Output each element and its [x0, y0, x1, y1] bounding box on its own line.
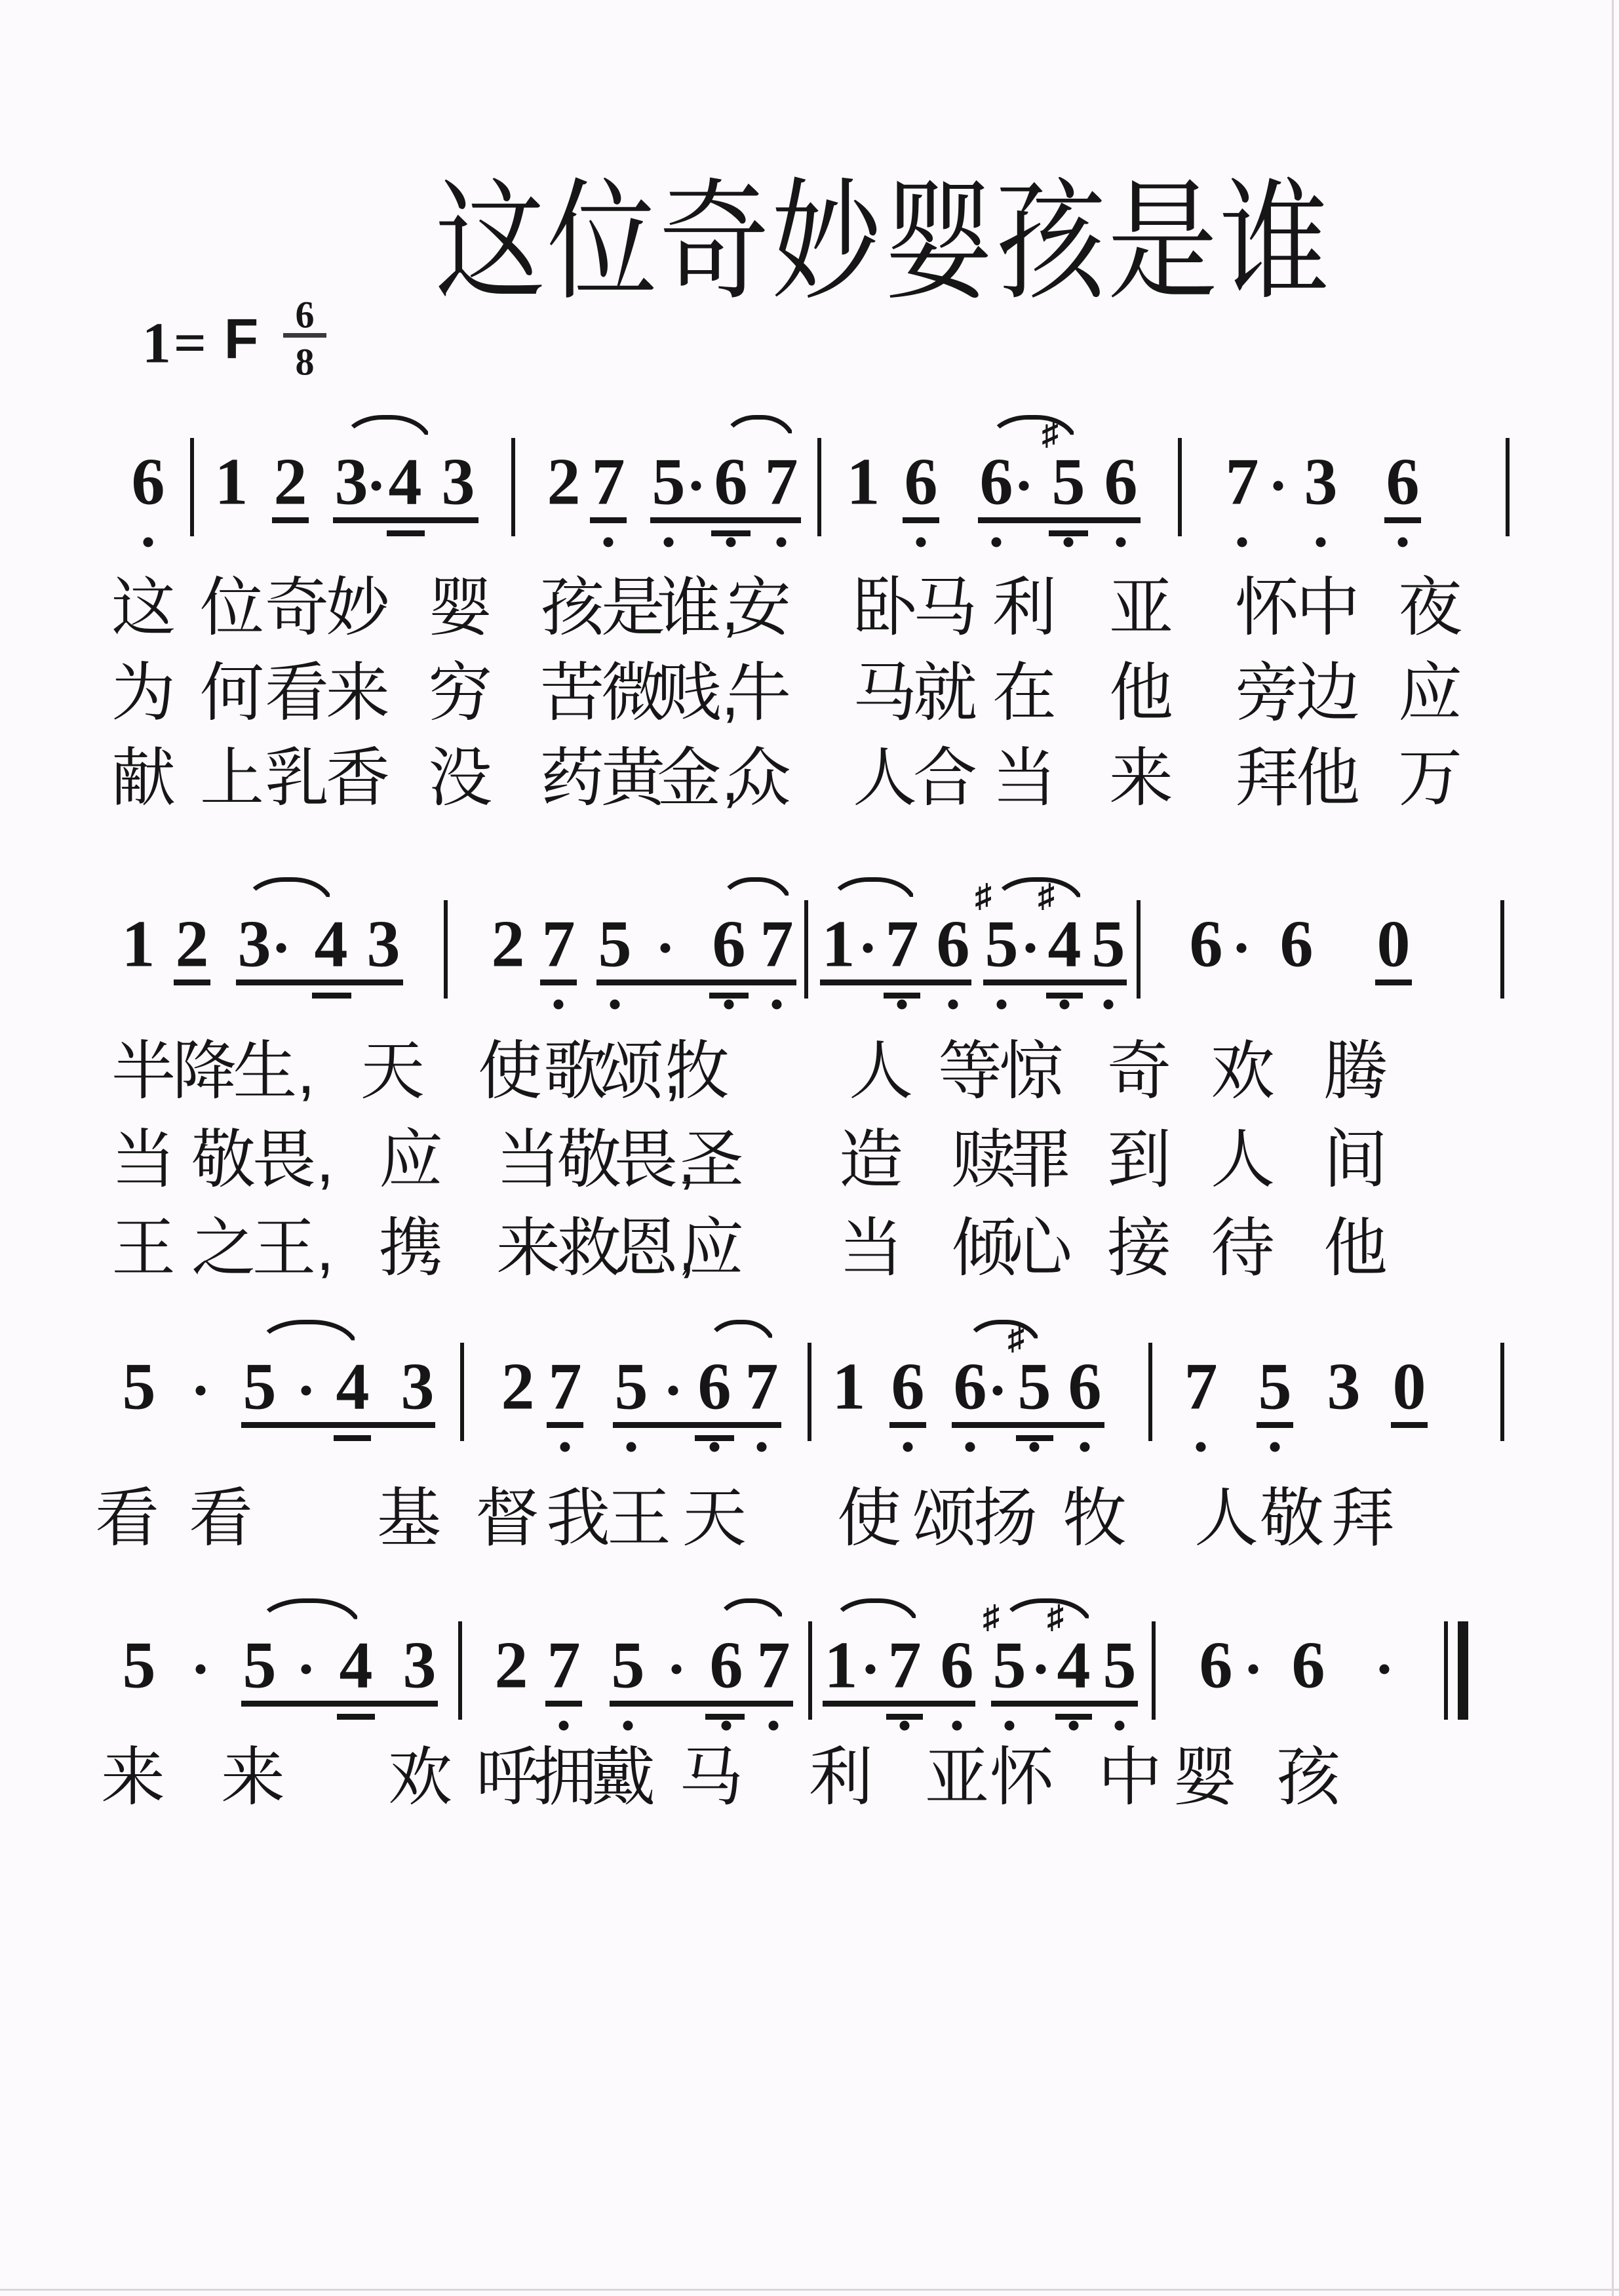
- lyric-syllable: 人: [849, 1039, 913, 1103]
- slur-arc: [721, 415, 796, 445]
- slur-arc: [243, 877, 334, 907]
- lyric-syllable: 生,: [233, 1039, 315, 1103]
- lyric-syllable: 天: [361, 1039, 425, 1103]
- lyric-syllable: 拥: [533, 1745, 597, 1809]
- duration-dot: [661, 943, 671, 953]
- note: 1: [215, 444, 248, 521]
- beam-line: [1375, 980, 1412, 985]
- lyric-syllable: 马: [913, 575, 977, 639]
- lyric-syllable: 拜: [1331, 1486, 1395, 1550]
- lyric-syllable: 当: [992, 745, 1057, 810]
- system-2-barline: [444, 900, 448, 999]
- slur-arc: [999, 1598, 1093, 1629]
- octave-low-dot: [1030, 1442, 1040, 1452]
- beam-line: [387, 530, 425, 536]
- lyric-syllable: 来: [101, 1745, 165, 1809]
- lyric-syllable: 使: [837, 1486, 901, 1550]
- duration-dot: [1380, 1665, 1390, 1674]
- lyric-syllable: 牛: [727, 660, 791, 724]
- note: 4: [1048, 906, 1082, 983]
- lyric-syllable: 欢: [388, 1745, 452, 1809]
- octave-low-dot: [722, 1721, 731, 1731]
- lyric-syllable: 腾: [1323, 1039, 1388, 1103]
- note: 7: [760, 906, 794, 983]
- sheet-music-page: 这位奇妙婴孩是谁 1= F 6 8 612343275671665♯6736这位…: [0, 0, 1619, 2296]
- note: 5: [993, 1627, 1026, 1704]
- note: 7: [1226, 444, 1259, 521]
- octave-low-dot: [559, 1721, 569, 1731]
- beam-line: [884, 993, 920, 999]
- slur-arc: [986, 415, 1078, 445]
- lyric-syllable: 奇: [1107, 1039, 1171, 1103]
- octave-low-dot: [726, 538, 736, 547]
- lyric-syllable: 怀: [990, 1745, 1054, 1809]
- beam-line: [705, 1714, 745, 1720]
- title-character: 位: [547, 172, 642, 313]
- octave-low-dot: [903, 1442, 913, 1452]
- note: 6: [1200, 1627, 1233, 1704]
- lyric-syllable: 药: [540, 745, 604, 810]
- beam-line: [613, 1422, 781, 1428]
- beam-line: [596, 980, 796, 985]
- beam-line: [978, 517, 1141, 523]
- note: 2: [501, 1349, 535, 1425]
- octave-low-dot: [948, 1000, 958, 1010]
- octave-low-dot: [604, 538, 614, 547]
- sharp-icon: ♯: [983, 1598, 1000, 1636]
- octave-low-dot: [560, 1442, 570, 1452]
- octave-low-dot: [777, 538, 787, 547]
- beam-line: [889, 1422, 926, 1428]
- lyric-syllable: 婴: [428, 575, 492, 639]
- lyric-syllable: 天: [682, 1486, 747, 1550]
- note: 3: [335, 444, 368, 521]
- lyric-syllable: 利: [809, 1745, 873, 1809]
- note: 1: [847, 444, 880, 521]
- slur-arc: [341, 415, 433, 445]
- octave-low-dot: [610, 1000, 620, 1010]
- octave-low-dot: [623, 1721, 633, 1731]
- lyric-syllable: 是: [601, 575, 665, 639]
- beam-line: [711, 530, 751, 536]
- lyric-syllable: 他: [1109, 660, 1173, 724]
- beam-line: [590, 517, 627, 523]
- duration-dot: [692, 481, 701, 491]
- lyric-syllable: 黄: [601, 745, 665, 810]
- note: 5: [123, 1627, 156, 1704]
- lyric-syllable: 降: [172, 1039, 237, 1103]
- lyric-syllable: 马: [679, 1745, 743, 1809]
- lyric-syllable: 来: [496, 1216, 560, 1280]
- lyric-syllable: 乳: [265, 745, 329, 810]
- lyric-syllable: 牧: [1063, 1486, 1127, 1550]
- note: 6: [941, 1627, 974, 1704]
- note: 5: [243, 1349, 277, 1425]
- beam-line: [820, 980, 971, 985]
- beam-line: [241, 1422, 435, 1428]
- system-1-barline: [817, 438, 821, 536]
- system-4-barline: [458, 1621, 462, 1720]
- duration-dot: [1026, 943, 1036, 953]
- note: 5: [1018, 1349, 1051, 1425]
- lyric-syllable: 众: [727, 745, 791, 810]
- note: 6: [1104, 444, 1138, 521]
- lyric-syllable: 应: [1398, 660, 1462, 724]
- octave-low-dot: [1069, 1721, 1079, 1731]
- beam-line: [650, 517, 801, 523]
- note: 4: [340, 1627, 373, 1704]
- duration-dot: [302, 1386, 311, 1396]
- lyric-syllable: 位: [200, 575, 264, 639]
- octave-low-dot: [1196, 1442, 1206, 1452]
- note: 7: [547, 1627, 581, 1704]
- lyric-syllable: 来: [1109, 745, 1173, 810]
- octave-low-dot: [1316, 538, 1326, 547]
- lyric-syllable: 扬: [973, 1486, 1038, 1550]
- lyric-syllable: 督: [475, 1486, 539, 1550]
- lyric-syllable: 为: [111, 660, 176, 724]
- lyric-syllable: 妙: [326, 575, 390, 639]
- lyric-syllable: 这: [111, 575, 176, 639]
- octave-low-dot: [772, 1000, 782, 1010]
- duration-dot: [993, 1386, 1003, 1396]
- note: 6: [1386, 444, 1420, 521]
- octave-low-dot: [757, 1442, 767, 1452]
- note: 7: [765, 444, 798, 521]
- system-1-barline: [511, 438, 515, 536]
- lyric-syllable: 他: [1323, 1216, 1388, 1280]
- lyric-syllable: 就: [913, 660, 977, 724]
- note: 6: [954, 1349, 987, 1425]
- title-character: 这: [435, 172, 530, 313]
- slur-arc: [718, 877, 793, 907]
- note: 5: [123, 1349, 156, 1425]
- lyric-syllable: 看: [265, 660, 329, 724]
- lyric-syllable: 他: [1296, 745, 1360, 810]
- lyric-syllable: 当: [111, 1127, 176, 1191]
- note: 7: [888, 1627, 922, 1704]
- beam-line: [1049, 530, 1088, 536]
- note: 2: [495, 1627, 528, 1704]
- meter-fraction-bar: [283, 333, 326, 338]
- beam-line: [545, 1701, 582, 1707]
- page-bottom-edge: [0, 2289, 1619, 2291]
- lyric-syllable: 间: [1323, 1127, 1388, 1191]
- octave-low-dot: [1115, 1721, 1125, 1731]
- lyric-syllable: 欢: [1211, 1039, 1275, 1103]
- meter-denominator: 8: [296, 340, 315, 384]
- system-4-barline: [808, 1621, 812, 1720]
- note: 7: [549, 1349, 582, 1425]
- beam-line: [991, 1701, 1138, 1707]
- note: 6: [1280, 906, 1314, 983]
- beam-line: [823, 1701, 975, 1707]
- lyric-syllable: 万: [1398, 745, 1462, 810]
- lyric-syllable: 人: [1211, 1127, 1275, 1191]
- title-character: 妙: [771, 172, 866, 313]
- note: 3: [367, 906, 400, 983]
- lyric-syllable: 半: [111, 1039, 176, 1103]
- lyric-syllable: 牧: [665, 1039, 730, 1103]
- lyric-syllable: 歌: [543, 1039, 608, 1103]
- lyric-syllable: 使: [478, 1039, 542, 1103]
- lyric-syllable: 王: [607, 1486, 671, 1550]
- lyric-syllable: 香: [326, 745, 390, 810]
- note: 5: [612, 1627, 645, 1704]
- lyric-syllable: 戴: [591, 1745, 655, 1809]
- octave-low-dot: [966, 1442, 975, 1452]
- note: 6: [1292, 1627, 1325, 1704]
- beam-line: [952, 1422, 1104, 1428]
- beam-line: [1055, 1714, 1092, 1720]
- lyric-syllable: 在: [992, 660, 1057, 724]
- lyric-syllable: 到: [1107, 1127, 1171, 1191]
- octave-low-dot: [1270, 1442, 1280, 1452]
- note: 1: [832, 1349, 866, 1425]
- title-character: 孩: [996, 172, 1090, 313]
- note: 6: [132, 444, 165, 521]
- note: 3: [1327, 1349, 1361, 1425]
- note: 4: [389, 444, 422, 521]
- system-3-barline: [808, 1343, 811, 1441]
- lyric-syllable: 当: [496, 1127, 560, 1191]
- octave-low-dot: [1005, 1721, 1015, 1731]
- beam-line: [547, 1422, 583, 1428]
- lyric-syllable: 应: [680, 1216, 744, 1280]
- slur-arc: [705, 1320, 777, 1350]
- lyric-syllable: 人: [1194, 1486, 1258, 1550]
- lyric-syllable: 应: [379, 1127, 443, 1191]
- octave-low-dot: [1064, 538, 1074, 547]
- lyric-syllable: 来: [221, 1745, 285, 1809]
- lyric-syllable: 等: [938, 1039, 1002, 1103]
- octave-low-dot: [724, 1000, 734, 1010]
- note: 2: [274, 444, 307, 521]
- beam-line: [1046, 993, 1083, 999]
- note: 6: [1190, 906, 1223, 983]
- note: 3: [442, 444, 475, 521]
- final-barline-thin: [1444, 1621, 1448, 1720]
- lyric-syllable: 颂: [912, 1486, 977, 1550]
- beam-line: [1384, 517, 1421, 523]
- lyric-syllable: 敬: [1260, 1486, 1324, 1550]
- note: 7: [592, 444, 625, 521]
- duration-dot: [372, 481, 381, 491]
- lyric-syllable: 来: [326, 660, 390, 724]
- lyric-syllable: 上: [200, 745, 264, 810]
- beam-line: [333, 517, 478, 523]
- note: 3: [238, 906, 271, 983]
- slur-arc: [256, 1598, 362, 1629]
- beam-line: [886, 1714, 923, 1720]
- duration-dot: [863, 943, 873, 953]
- rest: 0: [1393, 1349, 1426, 1425]
- lyric-syllable: 安: [727, 575, 791, 639]
- beam-line: [236, 980, 403, 985]
- lyric-syllable: 穷: [428, 660, 492, 724]
- lyric-syllable: 呼: [476, 1745, 540, 1809]
- octave-low-dot: [952, 1721, 962, 1731]
- lyric-syllable: 马: [853, 660, 917, 724]
- duration-dot: [196, 1386, 206, 1396]
- slur-arc: [830, 1598, 920, 1629]
- beam-line: [709, 993, 749, 999]
- lyric-syllable: 拜: [1235, 745, 1299, 810]
- octave-low-dot: [627, 1442, 636, 1452]
- system-4-barline: [1152, 1621, 1156, 1720]
- lyric-syllable: 怀: [1235, 575, 1299, 639]
- octave-low-dot: [1060, 1000, 1070, 1010]
- lyric-syllable: 敬: [191, 1127, 256, 1191]
- lyric-syllable: 卧: [853, 575, 917, 639]
- lyric-syllable: 合: [913, 745, 977, 810]
- duration-dot: [669, 1386, 678, 1396]
- note: 6: [710, 1627, 743, 1704]
- song-title: 这位奇妙婴孩是谁: [426, 172, 1323, 313]
- duration-dot: [196, 1665, 206, 1674]
- lyric-syllable: 奇: [265, 575, 329, 639]
- note: 6: [905, 444, 938, 521]
- beam-line: [337, 1714, 375, 1720]
- system-2-barline: [804, 900, 808, 999]
- lyric-syllable: 惊: [999, 1039, 1063, 1103]
- octave-low-dot: [1238, 538, 1247, 547]
- octave-low-dot: [1104, 1000, 1114, 1010]
- slur-arc: [256, 1320, 359, 1350]
- lyric-syllable: 献: [111, 745, 176, 810]
- key-tonic-label: 1=: [142, 311, 209, 377]
- note: 6: [937, 906, 970, 983]
- octave-low-dot: [997, 1000, 1007, 1010]
- note: 1: [825, 1627, 858, 1704]
- duration-dot: [672, 1665, 682, 1674]
- note: 5: [243, 1627, 277, 1704]
- lyric-syllable: 畏,: [252, 1127, 334, 1191]
- note: 5: [985, 906, 1019, 983]
- lyric-syllable: 我: [546, 1486, 610, 1550]
- note: 6: [714, 444, 748, 521]
- note: 4: [336, 1349, 370, 1425]
- duration-dot: [1036, 1665, 1046, 1674]
- title-character: 是: [1108, 172, 1202, 313]
- note: 7: [542, 906, 575, 983]
- title-character: 婴: [884, 172, 978, 313]
- duration-dot: [302, 1665, 311, 1674]
- note: 5: [1092, 906, 1125, 983]
- title-character: 谁: [1220, 172, 1314, 313]
- system-3-barline: [460, 1343, 464, 1441]
- duration-dot: [1019, 481, 1029, 491]
- note: 5: [652, 444, 686, 521]
- system-1-barline: [1178, 438, 1182, 536]
- beam-line: [312, 993, 351, 999]
- slur-arc: [964, 1320, 1042, 1350]
- lyric-syllable: 没: [428, 745, 492, 810]
- octave-low-dot: [1116, 538, 1126, 547]
- lyric-syllable: 当: [839, 1216, 903, 1280]
- system-3-barline: [1148, 1343, 1152, 1441]
- octave-low-dot: [1398, 538, 1408, 547]
- lyric-syllable: 孩: [1276, 1745, 1340, 1809]
- lyric-syllable: 基: [377, 1486, 441, 1550]
- beam-line: [334, 1435, 371, 1441]
- system-1-barline: [190, 438, 194, 536]
- note: 6: [891, 1349, 925, 1425]
- beam-line: [610, 1701, 793, 1707]
- lyric-syllable: 利: [992, 575, 1057, 639]
- beam-line: [1257, 1422, 1293, 1428]
- note: 6: [980, 444, 1013, 521]
- beam-line: [174, 980, 210, 985]
- key-tonic-note: F: [224, 307, 259, 372]
- lyric-syllable: 接: [1107, 1216, 1171, 1280]
- note: 6: [698, 1349, 731, 1425]
- lyric-syllable: 亚: [1109, 575, 1173, 639]
- lyric-syllable: 心: [1008, 1216, 1072, 1280]
- lyric-syllable: 待: [1211, 1216, 1275, 1280]
- duration-dot: [1249, 1665, 1258, 1674]
- lyric-syllable: 旁: [1235, 660, 1299, 724]
- beam-line: [695, 1435, 734, 1441]
- octave-low-dot: [554, 1000, 564, 1010]
- lyric-syllable: 婴: [1173, 1745, 1237, 1809]
- octave-low-dot: [897, 1000, 907, 1010]
- note: 2: [547, 444, 581, 521]
- duration-dot: [1274, 481, 1283, 491]
- lyric-syllable: 何: [200, 660, 264, 724]
- beam-line: [272, 517, 309, 523]
- octave-low-dot: [900, 1721, 910, 1731]
- lyric-syllable: 人: [853, 745, 917, 810]
- beam-line: [241, 1701, 438, 1707]
- lyric-syllable: 敬: [557, 1127, 621, 1191]
- octave-low-dot: [992, 538, 1002, 547]
- note: 4: [1057, 1627, 1091, 1704]
- system-3-barline: [1500, 1343, 1504, 1441]
- note: 3: [403, 1627, 437, 1704]
- slur-arc: [991, 877, 1085, 907]
- title-character: 奇: [659, 172, 754, 313]
- note: 5: [1052, 444, 1085, 521]
- octave-low-dot: [916, 538, 926, 547]
- beam-line: [1016, 1435, 1053, 1441]
- lyric-syllable: 苦: [540, 660, 604, 724]
- note: 7: [886, 906, 919, 983]
- lyric-syllable: 中: [1296, 575, 1360, 639]
- system-2-barline: [1500, 900, 1504, 999]
- lyric-syllable: 夜: [1398, 575, 1462, 639]
- lyric-syllable: 救: [557, 1216, 621, 1280]
- note: 6: [712, 906, 746, 983]
- note: 7: [745, 1349, 779, 1425]
- page-right-edge: [1612, 0, 1614, 2296]
- octave-low-dot: [769, 1721, 779, 1731]
- lyric-syllable: 边: [1296, 660, 1360, 724]
- note: 1: [822, 906, 855, 983]
- lyric-syllable: 孩: [540, 575, 604, 639]
- beam-line: [983, 980, 1127, 985]
- duration-dot: [1237, 943, 1247, 953]
- note: 5: [1103, 1627, 1137, 1704]
- duration-dot: [277, 943, 286, 953]
- note: 3: [1304, 444, 1338, 521]
- note: 4: [315, 906, 348, 983]
- note: 6: [1068, 1349, 1102, 1425]
- lyric-syllable: 赎: [952, 1127, 1016, 1191]
- beam-line: [1391, 1422, 1428, 1428]
- lyric-syllable: 罪: [1008, 1127, 1072, 1191]
- meter-numerator: 6: [296, 293, 315, 337]
